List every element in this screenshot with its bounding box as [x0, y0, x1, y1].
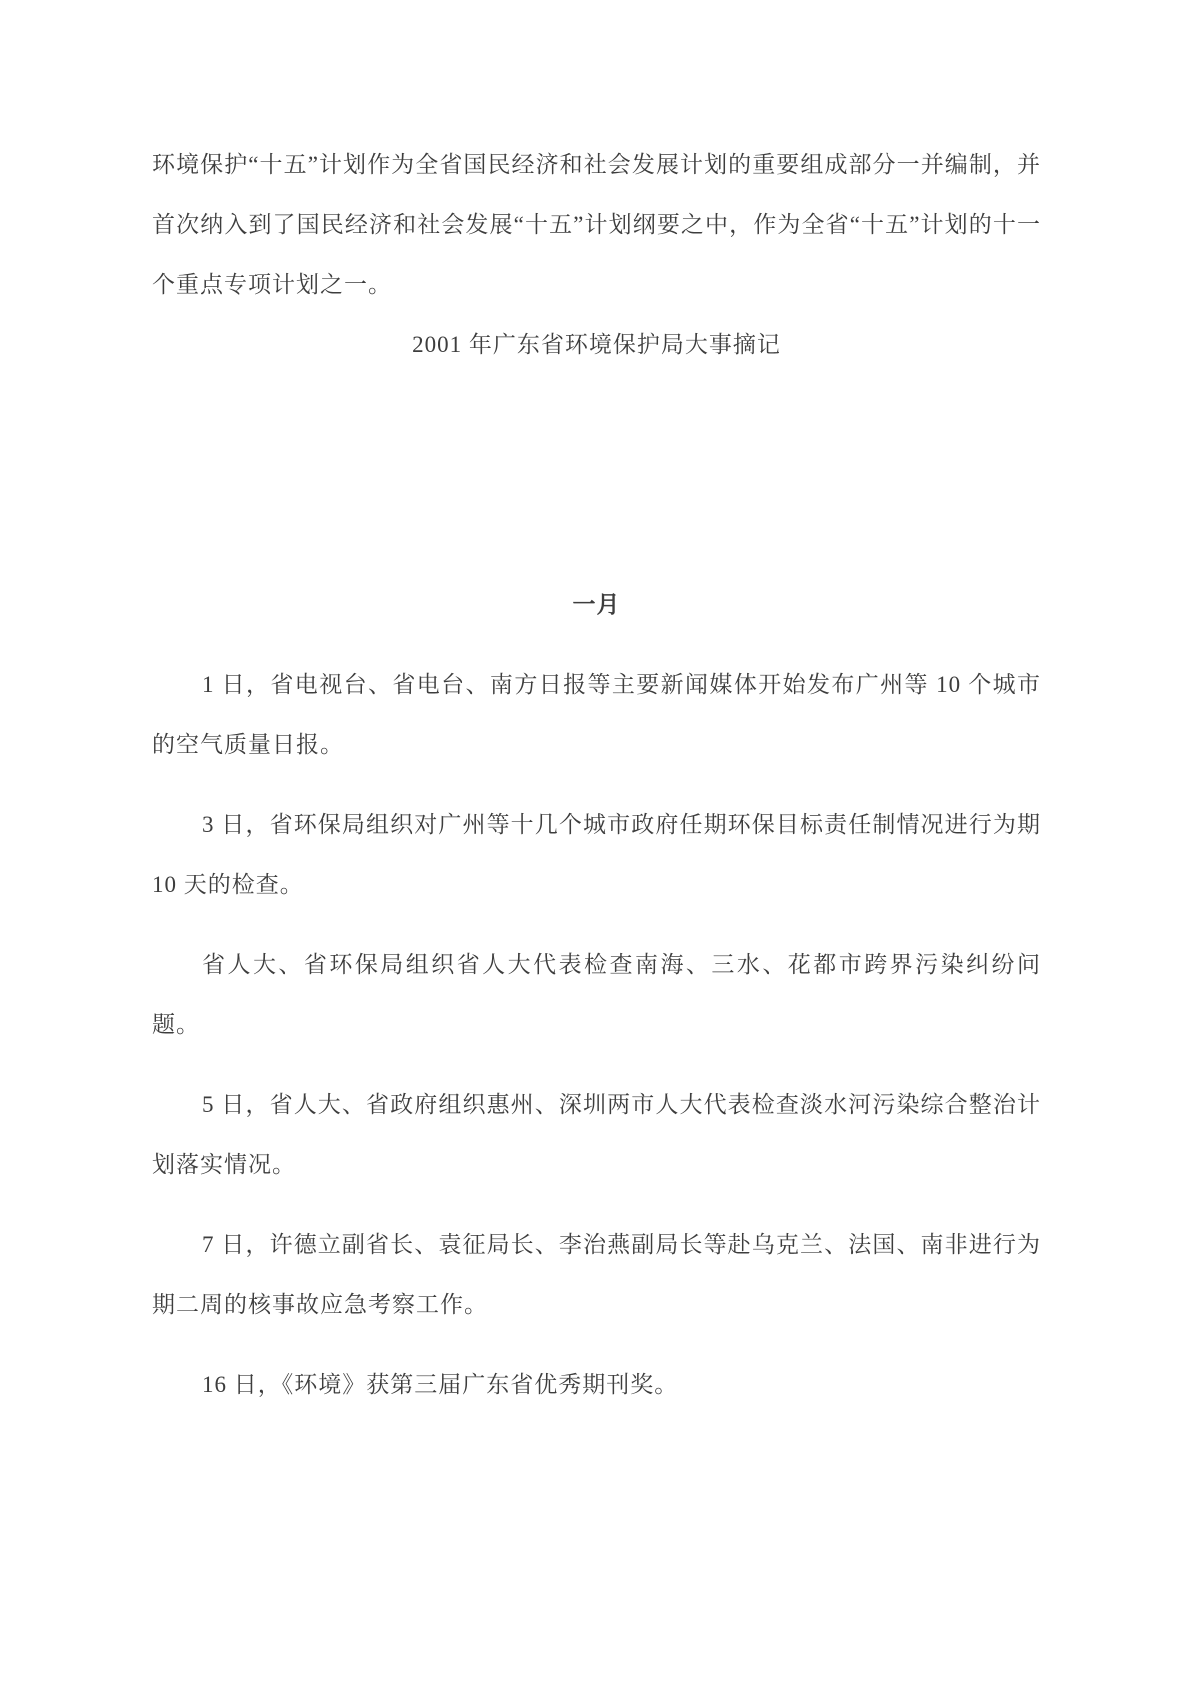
- entries-list: 1 日，省电视台、省电台、南方日报等主要新闻媒体开始发布广州等 10 个城市的空…: [152, 655, 1041, 1415]
- entry-paragraph-3: 省人大、省环保局组织省人大代表检查南海、三水、花都市跨界污染纠纷问题。: [152, 935, 1041, 1055]
- section-heading-january: 一月: [152, 575, 1041, 635]
- entry-paragraph-1: 1 日，省电视台、省电台、南方日报等主要新闻媒体开始发布广州等 10 个城市的空…: [152, 655, 1041, 775]
- entry-paragraph-5: 7 日，许德立副省长、袁征局长、李治燕副局长等赴乌克兰、法国、南非进行为期二周的…: [152, 1215, 1041, 1335]
- entry-paragraph-2: 3 日，省环保局组织对广州等十几个城市政府任期环保目标责任制情况进行为期 10 …: [152, 795, 1041, 915]
- document-title: 2001 年广东省环境保护局大事摘记: [152, 315, 1041, 375]
- document-page: 环境保护“十五”计划作为全省国民经济和社会发展计划的重要组成部分一并编制，并首次…: [0, 0, 1191, 1684]
- intro-paragraph: 环境保护“十五”计划作为全省国民经济和社会发展计划的重要组成部分一并编制，并首次…: [152, 135, 1041, 315]
- entry-paragraph-4: 5 日，省人大、省政府组织惠州、深圳两市人大代表检查淡水河污染综合整治计划落实情…: [152, 1075, 1041, 1195]
- entry-paragraph-6: 16 日，《环境》获第三届广东省优秀期刊奖。: [152, 1355, 1041, 1415]
